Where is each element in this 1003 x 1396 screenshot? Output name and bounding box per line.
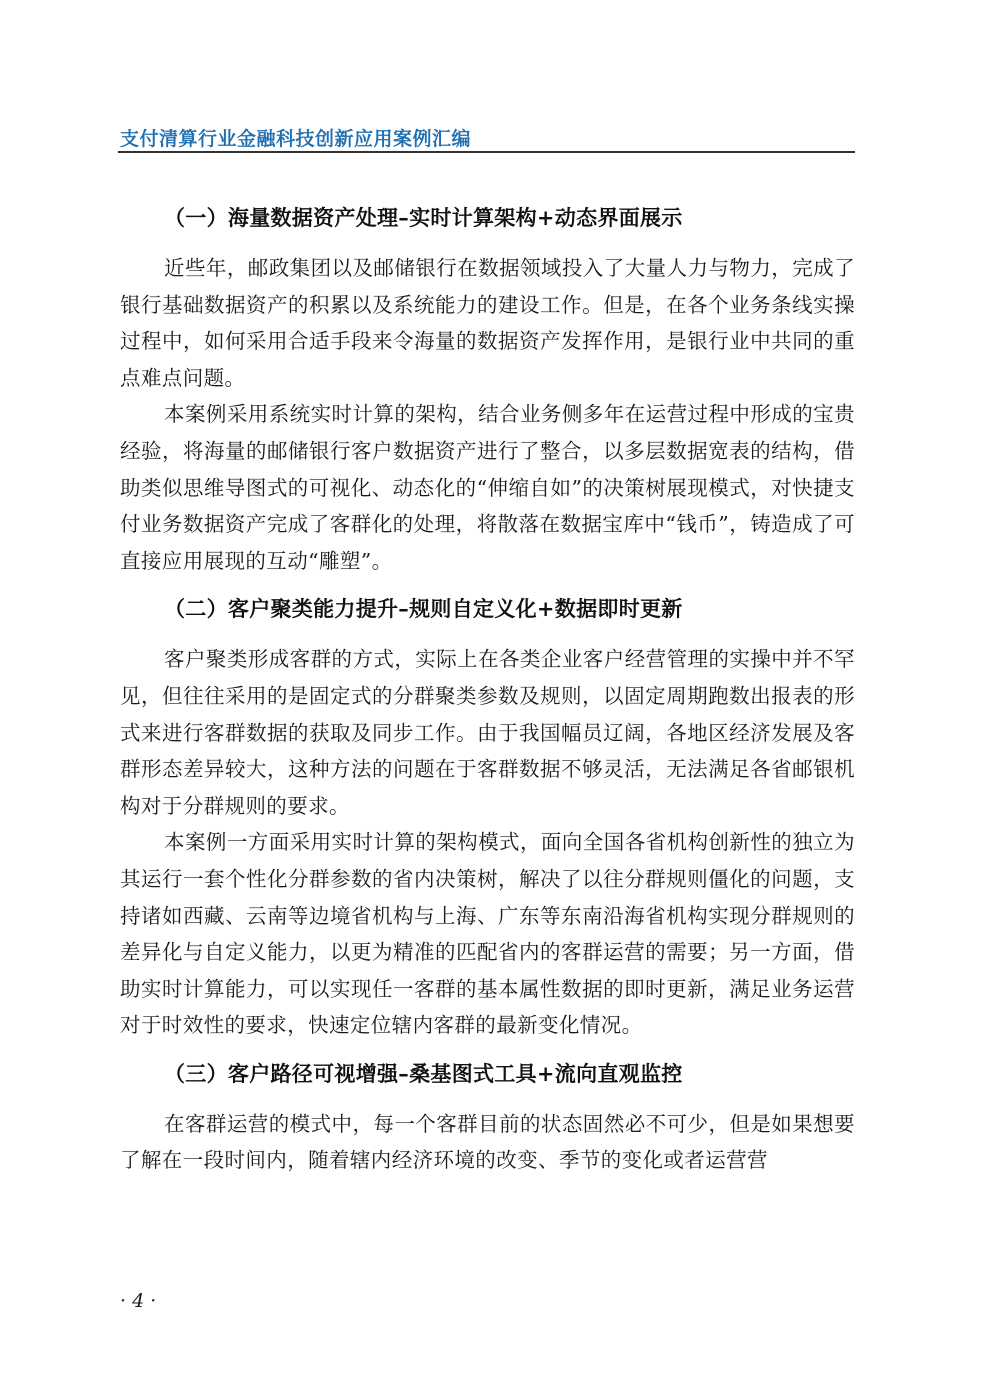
page-body: （一）海量数据资产处理–实时计算架构+动态界面展示 近些年，邮政集团以及邮储银行…	[120, 196, 855, 1179]
section-title-3: （三）客户路径可视增强–桑基图式工具+流向直观监控	[120, 1052, 855, 1096]
section-title-1: （一）海量数据资产处理–实时计算架构+动态界面展示	[120, 196, 855, 240]
page-number: · 4 ·	[120, 1290, 156, 1312]
paragraph: 本案例采用系统实时计算的架构，结合业务侧多年在运营过程中形成的宝贵经验，将海量的…	[120, 396, 855, 579]
header-rule	[118, 151, 855, 153]
paragraph: 在客群运营的模式中，每一个客群目前的状态固然必不可少，但是如果想要了解在一段时间…	[120, 1106, 855, 1179]
running-header-title: 支付清算行业金融科技创新应用案例汇编	[120, 124, 471, 151]
paragraph: 近些年，邮政集团以及邮储银行在数据领域投入了大量人力与物力，完成了银行基础数据资…	[120, 250, 855, 396]
paragraph: 本案例一方面采用实时计算的架构模式，面向全国各省机构创新性的独立为其运行一套个性…	[120, 824, 855, 1044]
section-title-2: （二）客户聚类能力提升–规则自定义化+数据即时更新	[120, 587, 855, 631]
paragraph: 客户聚类形成客群的方式，实际上在各类企业客户经营管理的实操中并不罕见，但往往采用…	[120, 641, 855, 824]
